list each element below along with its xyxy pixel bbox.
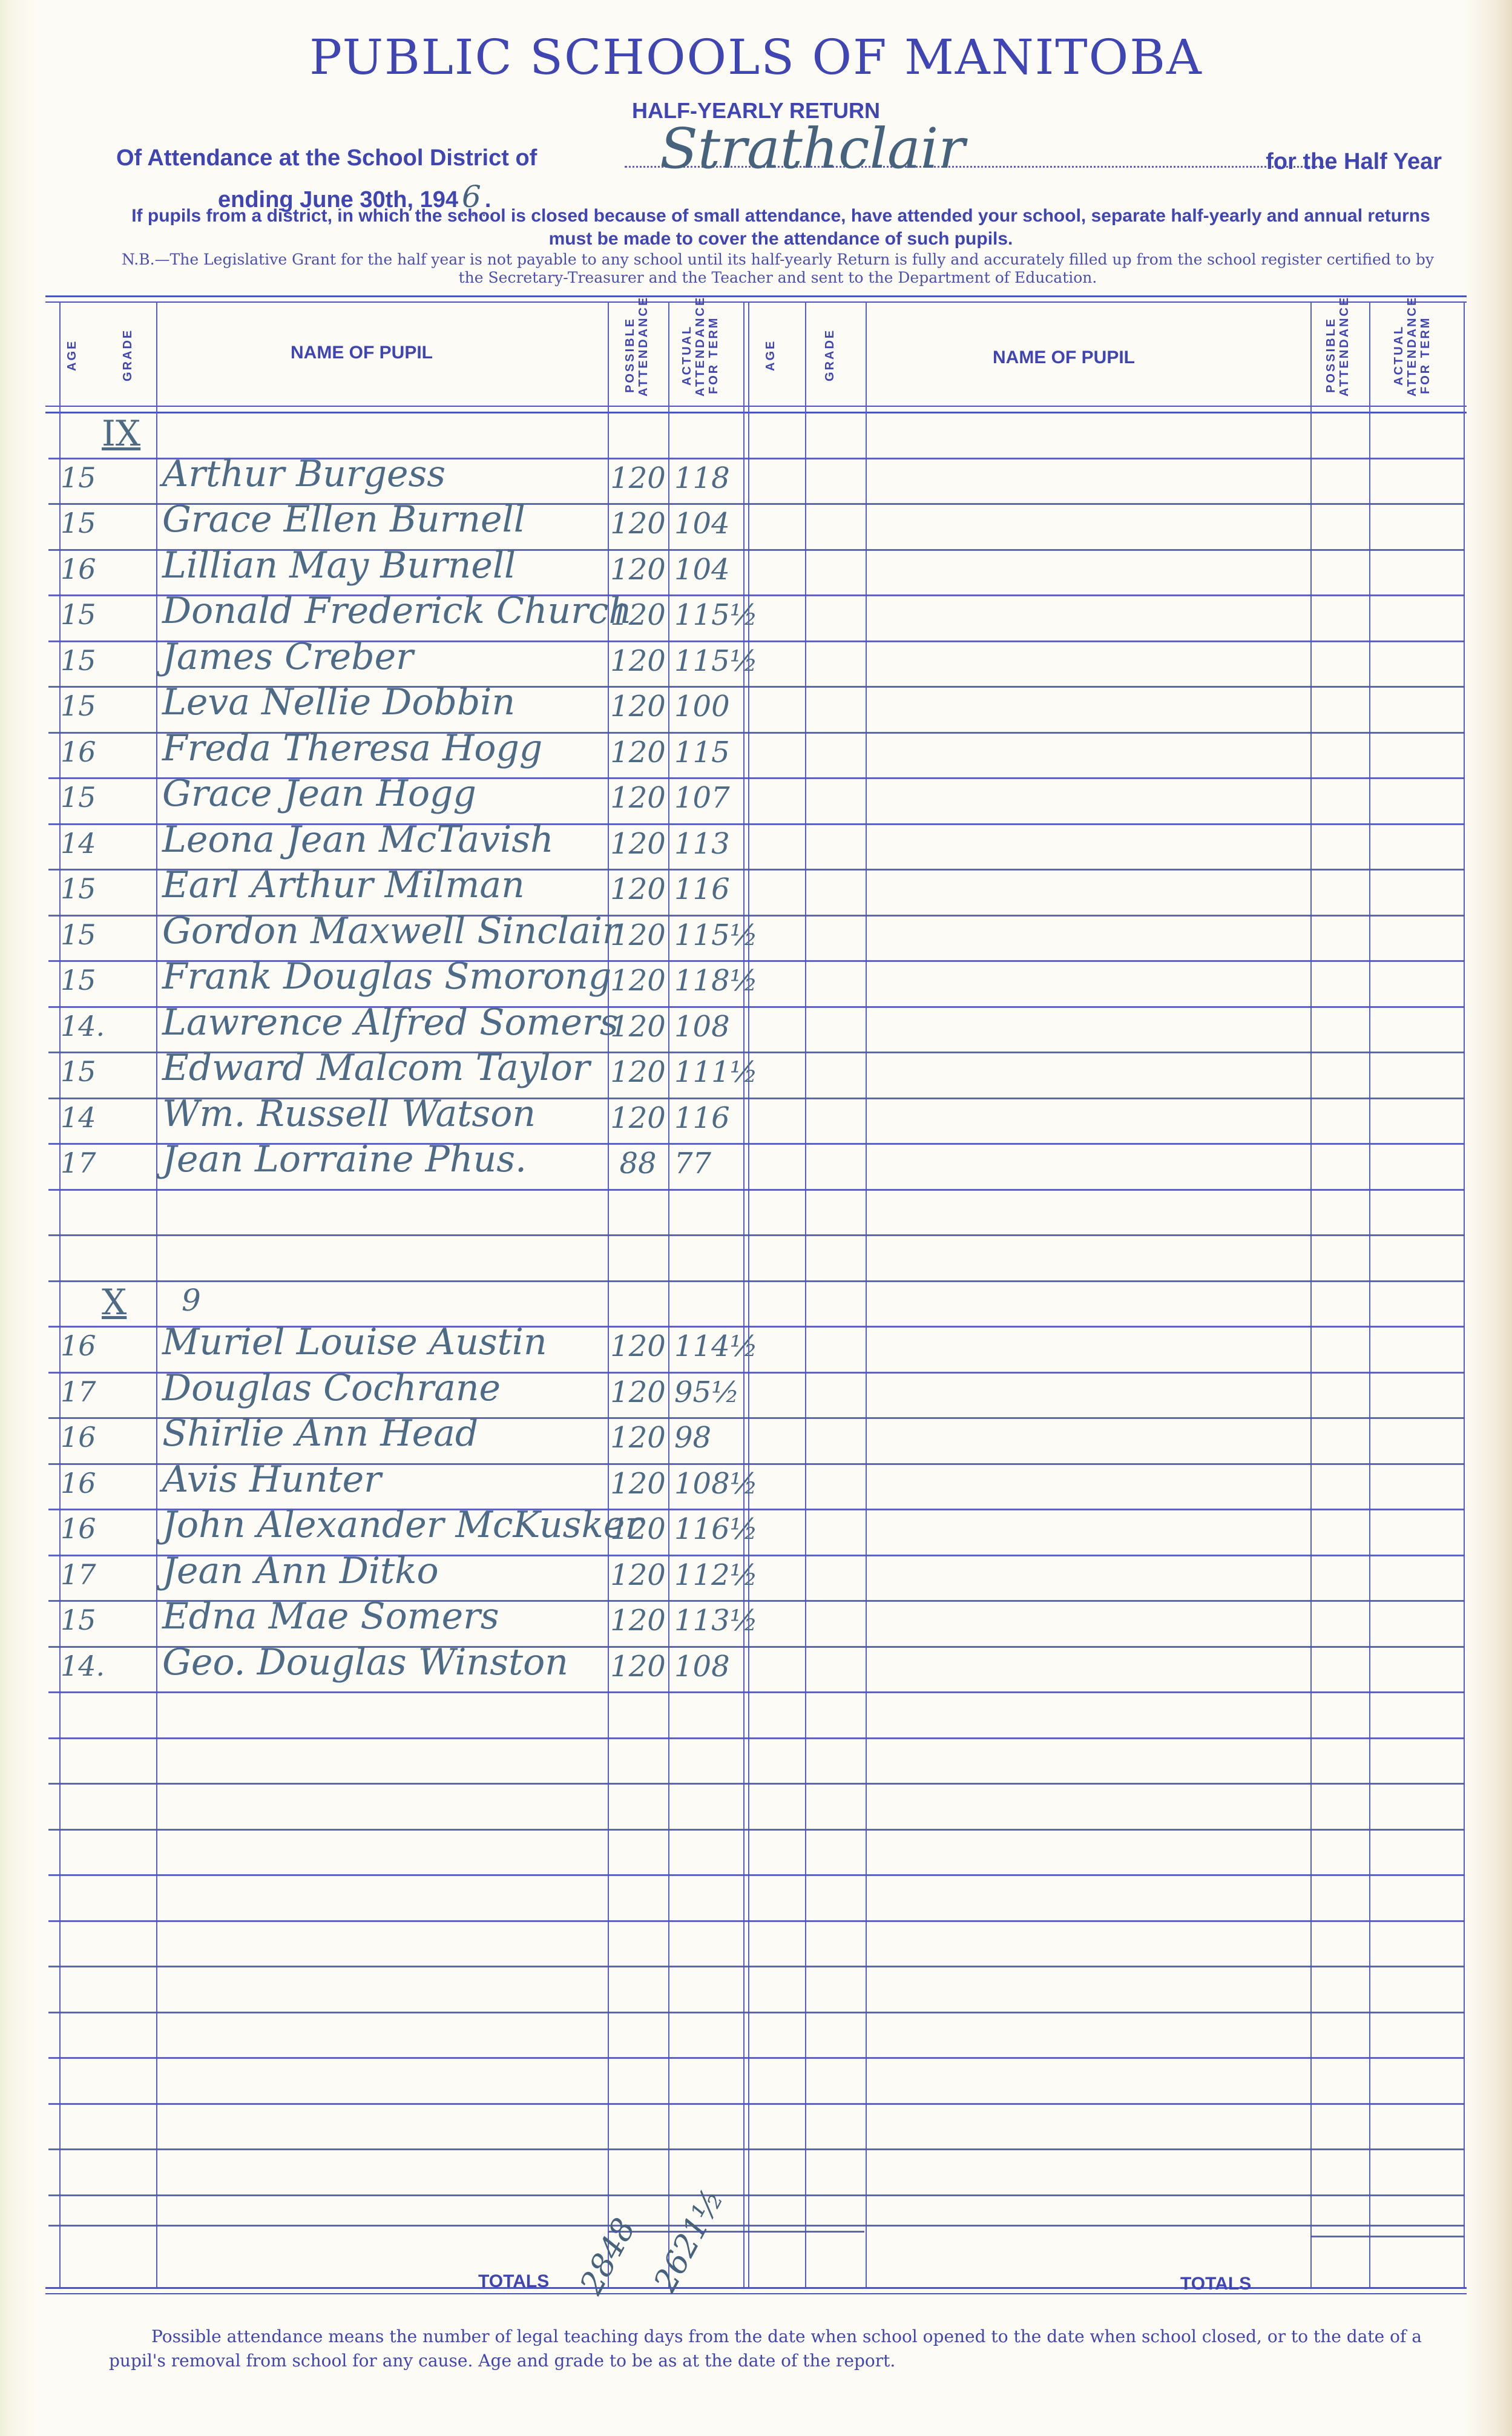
pupil-name: Edna Mae Somers [162,1595,610,1638]
pupil-age: 15 [61,872,97,905]
district-value: Strathclair [660,116,965,181]
ruled-line [48,2012,1465,2013]
col-header-name-right: NAME OF PUPIL [993,347,1135,368]
pupil-age: 15 [61,1604,97,1636]
table-top-rule-2 [45,301,1467,303]
table-bottom-rule [45,2287,1467,2289]
pupil-possible-attendance: 120 [609,1650,667,1684]
pupil-age: 15 [61,964,97,996]
pupil-actual-attendance: 118 [672,461,747,495]
pupil-possible-attendance: 120 [609,872,667,906]
pupil-age: 14. [61,1650,97,1682]
ruled-line [48,2103,1465,2105]
pupil-name: Wm. Russell Watson [162,1093,610,1135]
pupil-possible-attendance: 120 [609,736,667,769]
col-header-grade: GRADE [121,314,145,397]
ruled-line [48,1234,1465,1236]
totals-double-line [608,2231,864,2233]
column-divider [668,301,669,2287]
totals-double-line-right [1310,2236,1465,2237]
pupil-actual-attendance: 115½ [672,644,747,678]
header-bottom-rule-2 [45,406,1467,407]
pupil-possible-attendance: 120 [609,1512,667,1546]
column-divider [866,301,867,2287]
pupil-age: 14 [61,1101,97,1134]
pupil-name: Freda Theresa Hogg [162,727,610,769]
page-title: PUBLIC SCHOOLS OF MANITOBA [0,29,1512,85]
pupil-age: 15 [61,1055,97,1088]
grade-label: X [102,1282,127,1323]
pupil-possible-attendance: 120 [609,507,667,541]
pupil-actual-attendance: 108 [672,1010,747,1044]
totals-label-right: TOTALS [1180,2274,1251,2294]
col-header-possible-attendance-right: POSSIBLE ATTENDANCE [1324,314,1351,397]
col-header-possible-attendance: POSSIBLE ATTENDANCE [623,314,650,397]
pupil-name: Arthur Burgess [162,453,610,495]
pupil-name: Edward Malcom Taylor [162,1047,610,1089]
col-header-age-right: AGE [764,314,788,397]
pupil-name: Donald Frederick Church [162,590,610,632]
notice-text: If pupils from a district, in which the … [115,205,1447,251]
pupil-actual-attendance: 113 [672,827,747,861]
pupil-age: 16 [61,553,97,585]
pupil-name: Grace Ellen Burnell [162,498,610,541]
pupil-age: 14 [61,827,97,860]
grade-note: 9 [182,1283,201,1318]
pupil-possible-attendance: 120 [609,1375,667,1409]
pupil-name: Jean Ann Ditko [162,1550,610,1592]
table-top-rule [45,295,1467,297]
ruled-line [48,1874,1465,1876]
pupil-possible-attendance: 120 [609,827,667,861]
pupil-possible-attendance: 120 [609,1055,667,1089]
pupil-actual-attendance: 107 [672,781,747,815]
pupil-age: 15 [61,690,97,722]
pupil-age: 15 [61,918,97,951]
pupil-age: 17 [61,1375,97,1408]
pupil-name: Geo. Douglas Winston [162,1641,610,1684]
pupil-age: 15 [61,461,97,494]
ruled-line [48,1737,1465,1739]
pupil-name: Jean Lorraine Phus. [162,1138,610,1180]
pupil-name: Leona Jean McTavish [162,818,610,861]
pupil-age: 16 [61,1512,97,1545]
ruled-line [48,2057,1465,2059]
pupil-age: 14. [61,1010,97,1042]
pupil-age: 17 [61,1558,97,1591]
pupil-age: 15 [61,598,97,631]
col-header-actual-attendance: ACTUAL ATTENDANCE FOR TERM [680,314,720,397]
pupil-name: Lawrence Alfred Somers [162,1001,610,1044]
pupil-actual-attendance: 114½ [672,1329,747,1363]
pupil-actual-attendance: 104 [672,507,747,541]
pupil-name: Leva Nellie Dobbin [162,681,610,723]
column-divider [1369,301,1370,2287]
col-header-age: AGE [65,314,90,397]
totals-top-line [48,2225,1465,2227]
pupil-name: Shirlie Ann Head [162,1412,610,1455]
pupil-possible-attendance: 120 [609,1329,667,1363]
table-bottom-rule-2 [45,2293,1467,2294]
pupil-possible-attendance: 120 [609,1010,667,1044]
column-divider [156,301,157,2287]
pupil-actual-attendance: 115½ [672,918,747,952]
pupil-actual-attendance: 95½ [672,1375,747,1409]
pupil-actual-attendance: 104 [672,553,747,587]
pupil-actual-attendance: 100 [672,690,747,723]
ruled-line [48,1966,1465,1967]
totals-label-left: TOTALS [478,2271,549,2292]
pupil-name: Grace Jean Hogg [162,772,610,815]
half-year-label: for the Half Year [1266,149,1442,175]
pupil-possible-attendance: 120 [609,1421,667,1455]
pupil-age: 15 [61,644,97,677]
column-divider [1464,301,1465,2287]
ruled-line [48,1920,1465,1922]
pupil-age: 15 [61,507,97,539]
pupil-name: Earl Arthur Milman [162,864,610,906]
pupil-age: 16 [61,1421,97,1453]
ruled-line [48,1691,1465,1693]
pupil-age: 15 [61,781,97,814]
pupil-name: Frank Douglas Smorong [162,955,610,998]
pupil-possible-attendance: 120 [609,690,667,723]
pupil-actual-attendance: 112½ [672,1558,747,1592]
pupil-age: 16 [61,1329,97,1362]
pupil-name: Avis Hunter [162,1458,610,1501]
pupil-possible-attendance: 120 [609,461,667,495]
pupil-actual-attendance: 108½ [672,1467,747,1501]
nb-text: N.B.—The Legislative Grant for the half … [109,251,1447,287]
pupil-possible-attendance: 120 [609,598,667,632]
column-divider [1310,301,1312,2287]
document-page [0,0,1512,2436]
pupil-age: 16 [61,736,97,768]
ruled-line [48,2194,1465,2196]
pupil-possible-attendance: 120 [609,553,667,587]
pupil-actual-attendance: 113½ [672,1604,747,1638]
pupil-actual-attendance: 116 [672,872,747,906]
pupil-possible-attendance: 120 [609,1467,667,1501]
pupil-name: Muriel Louise Austin [162,1321,610,1363]
col-header-name: NAME OF PUPIL [291,343,433,363]
pupil-possible-attendance: 88 [609,1147,667,1180]
pupil-name: Lillian May Burnell [162,544,610,587]
pupil-possible-attendance: 120 [609,781,667,815]
pupil-possible-attendance: 120 [609,1558,667,1592]
pupil-possible-attendance: 120 [609,964,667,998]
pupil-name: Gordon Maxwell Sinclair [162,910,610,952]
pupil-possible-attendance: 120 [609,918,667,952]
ruled-line [48,1829,1465,1831]
ruled-line [48,1189,1465,1191]
col-header-grade-right: GRADE [823,314,847,397]
pupil-actual-attendance: 116 [672,1101,747,1135]
column-divider [805,301,806,2287]
pupil-name: James Creber [162,636,610,678]
ruled-line [48,1280,1465,1282]
district-label: Of Attendance at the School District of [116,145,537,171]
pupil-actual-attendance: 118½ [672,964,747,998]
pupil-actual-attendance: 98 [672,1421,747,1455]
pupil-age: 17 [61,1147,97,1179]
pupil-actual-attendance: 77 [672,1147,747,1180]
ruled-line [48,2148,1465,2150]
pupil-name: Douglas Cochrane [162,1367,610,1409]
pupil-possible-attendance: 120 [609,1101,667,1135]
pupil-actual-attendance: 115½ [672,598,747,632]
pupil-name: John Alexander McKusker [162,1504,610,1546]
pupil-actual-attendance: 115 [672,736,747,769]
header-bottom-rule [45,412,1467,413]
footer-note: Possible attendance means the number of … [109,2325,1447,2373]
pupil-actual-attendance: 108 [672,1650,747,1684]
ruled-line [48,1783,1465,1785]
grade-label: IX [102,413,140,454]
col-header-actual-attendance-right: ACTUAL ATTENDANCE FOR TERM [1392,314,1432,397]
pupil-actual-attendance: 116½ [672,1512,747,1546]
pupil-age: 16 [61,1467,97,1499]
pupil-possible-attendance: 120 [609,644,667,678]
pupil-possible-attendance: 120 [609,1604,667,1638]
pupil-actual-attendance: 111½ [672,1055,747,1089]
